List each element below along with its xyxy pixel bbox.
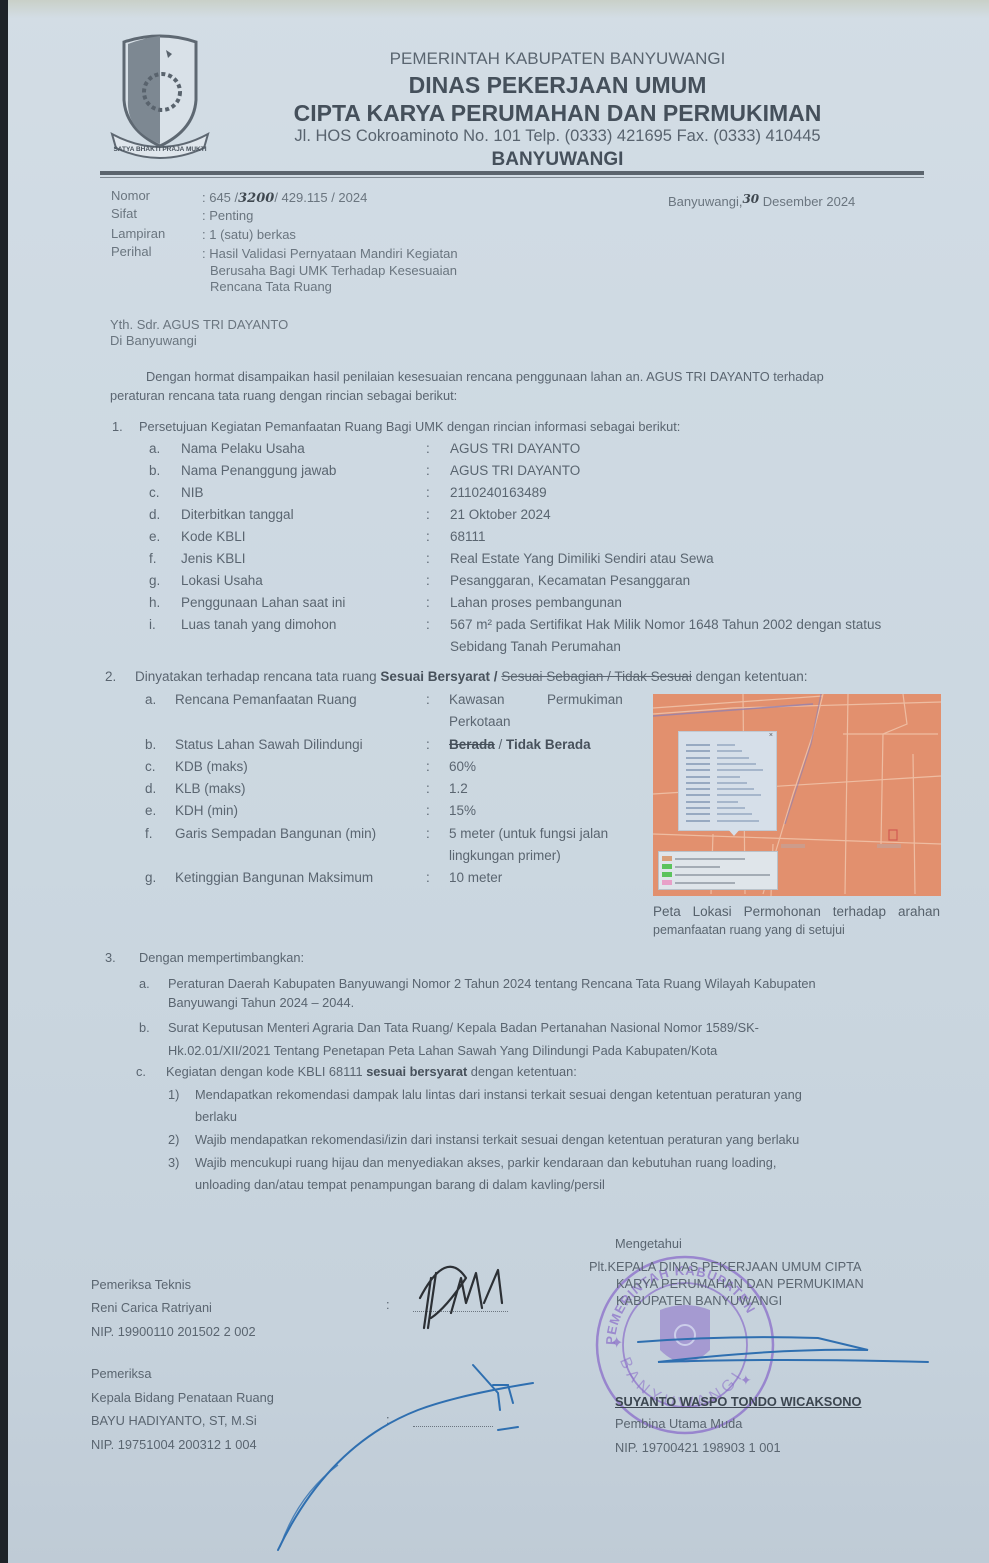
item-colon: :: [426, 507, 430, 522]
popup-field-label: [686, 763, 710, 765]
popup-field-value: [717, 782, 747, 784]
approver-nip: NIP. 19700421 198903 1 001: [615, 1440, 781, 1455]
item-letter: c.: [149, 485, 160, 500]
item-label: NIB: [181, 485, 204, 500]
popup-field-label: [686, 750, 710, 752]
map-caption-line-2: pemanfaatan ruang yang di setujui: [653, 923, 845, 937]
item-value: AGUS TRI DAYANTO: [450, 441, 580, 456]
pemeriksa-name: BAYU HADIYANTO, ST, M.Si: [91, 1413, 257, 1428]
item-value: 10 meter: [449, 870, 502, 885]
item-value-cont: lingkungan primer): [449, 848, 561, 863]
item-colon: :: [426, 573, 430, 588]
item-label: KDB (maks): [175, 759, 248, 774]
kop-agency-subname: CIPTA KARYA PERUMAHAN DAN PERMUKIMAN: [8, 100, 989, 127]
kop-government-name: PEMERINTAH KABUPATEN BANYUWANGI: [8, 49, 989, 69]
teknis-role: Pemeriksa Teknis: [91, 1277, 191, 1292]
popup-field-label: [686, 801, 710, 803]
approver-rank: Pembina Utama Muda: [615, 1416, 742, 1431]
choice-separator: /: [495, 737, 506, 752]
item-colon: :: [426, 737, 430, 752]
section-3a-letter: a.: [139, 976, 150, 991]
legend-label: [675, 866, 720, 868]
choice-selected: Tidak Berada: [506, 737, 591, 752]
item-colon: :: [426, 595, 430, 610]
item-letter: g.: [145, 870, 156, 885]
kop-divider: [100, 171, 924, 175]
section-3c-suffix: dengan ketentuan:: [467, 1064, 577, 1079]
lampiran-value: : 1 (satu) berkas: [202, 227, 296, 242]
popup-field-label: [686, 788, 710, 790]
section-3b-line-1: Surat Keputusan Menteri Agraria Dan Tata…: [168, 1020, 759, 1035]
item-letter: b.: [149, 463, 160, 478]
item-colon: :: [426, 485, 430, 500]
map-info-popup: ×: [678, 731, 777, 831]
section-1-number: 1.: [112, 419, 123, 434]
perihal-line-1: : Hasil Validasi Pernyataan Mandiri Kegi…: [202, 246, 458, 261]
popup-field-value: [717, 763, 756, 765]
item-colon: :: [426, 617, 430, 632]
item-label: Lokasi Usaha: [181, 573, 263, 588]
approver-name: SUYANTO WASPO TONDO WICAKSONO: [615, 1394, 861, 1409]
section-3b-letter: b.: [139, 1020, 150, 1035]
item-label: Jenis KBLI: [181, 551, 246, 566]
item-label: Kode KBLI: [181, 529, 246, 544]
section-3c-text: Kegiatan dengan kode KBLI 68111 sesuai b…: [166, 1064, 577, 1079]
letter-date: Banyuwangi,30 Desember 2024: [668, 192, 855, 209]
item-letter: h.: [149, 595, 160, 610]
popup-field-label: [686, 769, 710, 771]
location-map: ×: [653, 694, 941, 896]
popup-field-value: [717, 744, 735, 746]
condition-number: 1): [168, 1087, 179, 1102]
item-letter: f.: [149, 551, 157, 566]
section-3a-line-1: Peraturan Daerah Kabupaten Banyuwangi No…: [168, 976, 816, 991]
approver-signature: [628, 1330, 938, 1380]
kop-agency-name: DINAS PEKERJAAN UMUM: [8, 72, 989, 99]
popup-field-value: [717, 794, 761, 796]
recipient-place: Di Banyuwangi: [110, 333, 197, 348]
condition-line-2: berlaku: [195, 1109, 237, 1124]
map-popup-pointer: [727, 828, 741, 836]
condition-number: 3): [168, 1155, 179, 1170]
section-2-title-suffix: dengan ketentuan:: [692, 669, 808, 684]
popup-field-label: [686, 776, 710, 778]
legend-swatch: [662, 864, 672, 869]
section-2-title-selected: Sesuai Bersyarat /: [380, 669, 497, 684]
item-value-word-2: Permukiman: [547, 692, 623, 707]
approver-title-line-1: Plt.KEPALA DINAS PEKERJAAN UMUM CIPTA: [589, 1259, 862, 1274]
section-3c-bold: sesuai bersyarat: [366, 1064, 467, 1079]
item-colon: :: [426, 692, 430, 707]
condition-line-2: unloading dan/atau tempat penampungan ba…: [195, 1177, 605, 1192]
item-letter: i.: [149, 617, 156, 632]
item-colon: :: [426, 441, 430, 456]
date-month-year: Desember 2024: [763, 194, 856, 209]
popup-field-label: [686, 807, 710, 809]
item-colon: :: [426, 529, 430, 544]
popup-field-value: [717, 813, 752, 815]
item-value-cont: Perkotaan: [449, 714, 511, 729]
section-2-title: Dinyatakan terhadap rencana tata ruang S…: [135, 669, 808, 684]
teknis-sign-colon: :: [386, 1297, 390, 1312]
teknis-signature: [406, 1258, 516, 1338]
teknis-name: Reni Carica Ratriyani: [91, 1300, 212, 1315]
item-colon: :: [426, 826, 430, 841]
section-2-number: 2.: [105, 669, 116, 684]
popup-field-value: [717, 788, 754, 790]
nomor-value: : 645 /3200/ 429.115 / 2024: [202, 190, 367, 206]
map-caption-text-1: Peta Lokasi Permohonan terhadap arahan: [653, 904, 940, 919]
item-value: 21 Oktober 2024: [450, 507, 551, 522]
lampiran-label: Lampiran: [111, 226, 165, 241]
legend-label: [675, 874, 770, 876]
popup-field-label: [686, 744, 710, 746]
item-value: Lahan proses pembangunan: [450, 595, 622, 610]
item-label: KLB (maks): [175, 781, 246, 796]
legend-label: [675, 858, 745, 860]
perihal-label: Perihal: [111, 244, 151, 259]
item-colon: :: [426, 759, 430, 774]
item-colon: :: [426, 781, 430, 796]
item-label: Luas tanah yang dimohon: [181, 617, 336, 632]
letter-page: SATYA BHAKTI PRAJA MUKTI PEMERINTAH KABU…: [8, 0, 989, 1563]
popup-field-label: [686, 820, 710, 822]
popup-field-value: [717, 757, 749, 759]
item-colon: :: [426, 803, 430, 818]
item-colon: :: [426, 870, 430, 885]
item-value: 567 m² pada Sertifikat Hak Milik Nomor 1…: [450, 617, 881, 632]
item-letter: a.: [145, 692, 156, 707]
legend-swatch: [662, 880, 672, 885]
item-value-choice: Berada / Tidak Berada: [449, 737, 591, 752]
condition-line-1: Wajib mendapatkan rekomendasi/izin dari …: [195, 1132, 799, 1147]
kop-city: BANYUWANGI: [8, 149, 989, 171]
item-label: Status Lahan Sawah Dilindungi: [175, 737, 363, 752]
item-value-word-1: Kawasan: [449, 692, 505, 707]
item-letter: f.: [145, 826, 153, 841]
legend-swatch: [662, 872, 672, 877]
kop-divider-thin: [100, 177, 924, 178]
item-label: KDH (min): [175, 803, 238, 818]
pemeriksa-role: Pemeriksa: [91, 1366, 151, 1381]
pemeriksa-signature: [268, 1355, 548, 1555]
date-day-handwritten: 30: [742, 192, 759, 206]
popup-field-value: [717, 750, 742, 752]
item-value: 5 meter (untuk fungsi jalan: [449, 826, 608, 841]
popup-field-label: [686, 813, 710, 815]
sifat-value: : Penting: [202, 208, 253, 223]
item-value: 15%: [449, 803, 476, 818]
item-letter: e.: [145, 803, 156, 818]
item-colon: :: [426, 551, 430, 566]
item-value-cont: Sebidang Tanah Perumahan: [450, 639, 621, 654]
popup-field-value: [717, 807, 745, 809]
legend-swatch: [662, 856, 672, 861]
perihal-line-3: Rencana Tata Ruang: [210, 279, 332, 294]
intro-line-2: peraturan rencana tata ruang dengan rinc…: [110, 388, 457, 403]
section-2-title-prefix: Dinyatakan terhadap rencana tata ruang: [135, 669, 380, 684]
item-letter: b.: [145, 737, 156, 752]
section-3-number: 3.: [105, 950, 116, 965]
popup-field-value: [717, 801, 738, 803]
condition-line-1: Mendapatkan rekomendasi dampak lalu lint…: [195, 1087, 802, 1102]
sifat-label: Sifat: [111, 206, 137, 221]
popup-field-value: [717, 776, 740, 778]
item-letter: d.: [145, 781, 156, 796]
section-2-title-struck: Sesuai Sebagian / Tidak Sesuai: [501, 669, 692, 684]
item-letter: d.: [149, 507, 160, 522]
approver-heading: Mengetahui: [615, 1236, 682, 1251]
item-colon: :: [426, 463, 430, 478]
item-value: Real Estate Yang Dimiliki Sendiri atau S…: [450, 551, 714, 566]
nomor-label: Nomor: [111, 188, 150, 203]
popup-field-value: [717, 769, 763, 771]
approver-title-line-2: KARYA PERUMAHAN DAN PERMUKIMAN: [616, 1276, 864, 1291]
popup-field-value: [717, 820, 759, 822]
item-value: 60%: [449, 759, 476, 774]
item-label: Diterbitkan tanggal: [181, 507, 294, 522]
pemeriksa-nip: NIP. 19751004 200312 1 004: [91, 1437, 257, 1452]
pemeriksa-position: Kepala Bidang Penataan Ruang: [91, 1390, 274, 1405]
item-value: 68111: [450, 529, 486, 544]
section-3b-line-2: Hk.02.01/XII/2021 Tentang Penetapan Peta…: [168, 1043, 717, 1058]
condition-line-1: Wajib mencukupi ruang hijau dan menyedia…: [195, 1155, 776, 1170]
section-3a-line-2: Banyuwangi Tahun 2024 – 2044.: [168, 995, 354, 1010]
section-3c-prefix: Kegiatan dengan kode KBLI 68111: [166, 1064, 366, 1079]
popup-field-label: [686, 794, 710, 796]
popup-field-label: [686, 782, 710, 784]
nomor-suffix: / 429.115 / 2024: [274, 190, 367, 205]
item-label: Garis Sempadan Bangunan (min): [175, 826, 376, 841]
item-value: Pesanggaran, Kecamatan Pesanggaran: [450, 573, 690, 588]
legend-label: [675, 882, 735, 884]
teknis-nip: NIP. 19900110 201502 2 002: [91, 1324, 256, 1339]
item-value: AGUS TRI DAYANTO: [450, 463, 580, 478]
map-legend: [658, 851, 778, 890]
item-letter: a.: [149, 441, 160, 456]
approver-title-line-3: KABUPATEN BANYUWANGI: [616, 1293, 782, 1308]
choice-struck: Berada: [449, 737, 495, 752]
perihal-line-2: Berusaha Bagi UMK Terhadap Kesesuaian: [210, 263, 457, 278]
item-letter: e.: [149, 529, 160, 544]
item-label: Ketinggian Bangunan Maksimum: [175, 870, 373, 885]
item-label: Nama Penanggung jawab: [181, 463, 336, 478]
item-label: Rencana Pemanfaatan Ruang: [175, 692, 357, 707]
kop-address: Jl. HOS Cokroaminoto No. 101 Telp. (0333…: [8, 127, 989, 146]
section-3-title: Dengan mempertimbangkan:: [139, 950, 304, 965]
intro-line-1: Dengan hormat disampaikan hasil penilaia…: [146, 369, 824, 384]
item-letter: g.: [149, 573, 160, 588]
nomor-handwritten: 3200: [238, 191, 274, 206]
item-letter: c.: [145, 759, 156, 774]
nomor-prefix: : 645 /: [202, 190, 238, 205]
condition-number: 2): [168, 1132, 179, 1147]
popup-close-icon[interactable]: ×: [769, 732, 773, 739]
item-label: Penggunaan Lahan saat ini: [181, 595, 345, 610]
date-place: Banyuwangi,: [668, 194, 742, 209]
section-1-title: Persetujuan Kegiatan Pemanfaatan Ruang B…: [139, 419, 680, 434]
section-3c-letter: c.: [136, 1064, 146, 1079]
item-value: 1.2: [449, 781, 468, 796]
recipient-name: Yth. Sdr. AGUS TRI DAYANTO: [110, 317, 288, 332]
item-label: Nama Pelaku Usaha: [181, 441, 305, 456]
popup-field-label: [686, 757, 710, 759]
item-value: 2110240163489: [450, 485, 547, 500]
